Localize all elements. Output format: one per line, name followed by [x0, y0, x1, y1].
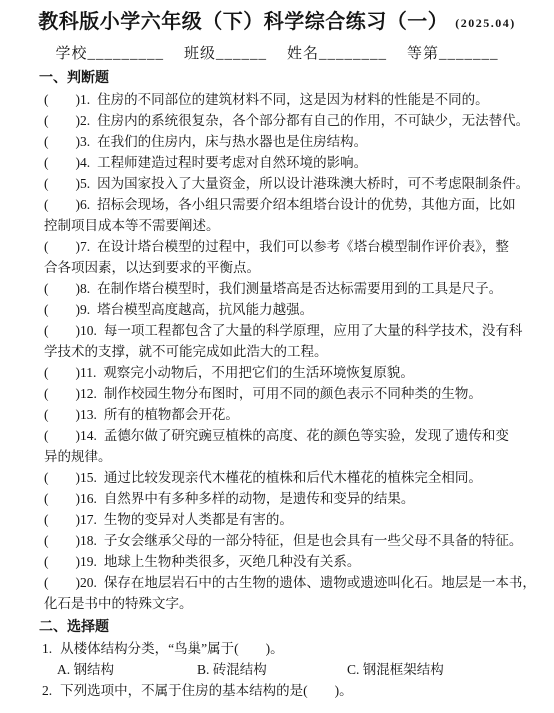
- class-blank: ______: [216, 46, 267, 62]
- question-number: 2.: [42, 683, 52, 698]
- item-text: 塔台模型高度越高，抗风能力越强。: [97, 302, 313, 317]
- judgment-item: ( )19.地球上生物种类很多，灭绝几种没有关系。: [44, 551, 536, 572]
- item-text: 住房内的系统很复杂，各个部分都有自己的作用，不可缺少，无法替代。: [97, 113, 529, 128]
- question-number: 1.: [42, 641, 52, 656]
- page-title: 教科版小学六年级（下）科学综合练习（一）: [38, 11, 448, 33]
- answer-blank: ( ): [44, 197, 80, 212]
- item-text: 地球上生物种类很多，灭绝几种没有关系。: [104, 554, 361, 569]
- judgment-item: ( )13.所有的植物都会开花。: [44, 404, 536, 425]
- judgment-item: ( )20.保存在地层岩石中的古生物的遗体、遗物或遗迹叫化石。地层是一本书， 化…: [44, 572, 536, 614]
- judgment-item: ( )18.子女会继承父母的一部分特征，但是也会具有一些父母不具备的特征。: [44, 530, 536, 551]
- header-field-class: 班级______: [184, 46, 267, 62]
- title-row: 教科版小学六年级（下）科学综合练习（一）(2025.04): [0, 10, 554, 36]
- answer-blank: ( ): [44, 428, 80, 443]
- item-text: 在制作塔台模型时，我们测量塔高是否达标需要用到的工具是尺子。: [97, 281, 502, 296]
- school-blank: _________: [87, 46, 164, 62]
- item-text: 招标会现场，各小组只需要介绍本组塔台设计的优势，其他方面，比如 控制项目成本等不…: [44, 197, 516, 233]
- header-fields: 学校_________班级______姓名________等第_______: [0, 44, 554, 65]
- answer-blank: ( ): [44, 134, 80, 149]
- answer-blank: ( ): [44, 491, 80, 506]
- grade-label: 等第: [407, 46, 439, 62]
- name-label: 姓名: [287, 46, 319, 62]
- item-number: 6.: [80, 197, 90, 212]
- item-text: 每一项工程都包含了大量的科学原理，应用了大量的科学技术，没有科 学技术的支撑，就…: [44, 323, 522, 359]
- item-text: 自然界中有多种多样的动物，是遗传和变异的结果。: [104, 491, 415, 506]
- item-text: 孟德尔做了研究豌豆植株的高度、花的颜色等实验，发现了遗传和变 异的规律。: [44, 428, 509, 464]
- judgment-item: ( )7.在设计塔台模型的过程中，我们可以参考《塔台模型制作评价表》，整 合各项…: [44, 236, 536, 278]
- item-text: 在我们的住房内，床与热水器也是住房结构。: [97, 134, 367, 149]
- item-number: 12.: [80, 386, 97, 401]
- judgment-item: ( )17.生物的变异对人类都是有害的。: [44, 509, 536, 530]
- judgment-item: ( )16.自然界中有多种多样的动物，是遗传和变异的结果。: [44, 488, 536, 509]
- item-text: 保存在地层岩石中的古生物的遗体、遗物或遗迹叫化石。地层是一本书， 化石是书中的特…: [44, 575, 536, 611]
- judgment-item: ( )3.在我们的住房内，床与热水器也是住房结构。: [44, 131, 536, 152]
- header-field-school: 学校_________: [55, 46, 164, 62]
- item-text: 通过比较发现亲代木槿花的植株和后代木槿花的植株完全相同。: [104, 470, 482, 485]
- item-number: 8.: [80, 281, 90, 296]
- item-number: 16.: [80, 491, 97, 506]
- item-number: 3.: [80, 134, 90, 149]
- item-text: 在设计塔台模型的过程中，我们可以参考《塔台模型制作评价表》，整 合各项因素，以达…: [44, 239, 509, 275]
- judgment-item: ( )2.住房内的系统很复杂，各个部分都有自己的作用，不可缺少，无法替代。: [44, 110, 536, 131]
- judgment-item: ( )14.孟德尔做了研究豌豆植株的高度、花的颜色等实验，发现了遗传和变 异的规…: [44, 425, 536, 467]
- answer-blank: ( ): [44, 176, 80, 191]
- answer-blank: ( ): [44, 239, 80, 254]
- choice-question-2: 2.下列选项中，不属于住房的基本结构的是( )。: [42, 680, 536, 701]
- answer-blank: ( ): [44, 92, 80, 107]
- answer-blank: ( ): [44, 323, 80, 338]
- section-heading-judgment: 一、判断题: [39, 68, 536, 89]
- header-field-grade: 等第_______: [407, 46, 499, 62]
- choice-options-row: A. 钢结构B. 砖混结构C. 钢混框架结构: [57, 659, 536, 680]
- judgment-item: ( )1.住房的不同部位的建筑材料不同，这是因为材料的性能是不同的。: [44, 89, 536, 110]
- question-text: 下列选项中，不属于住房的基本结构的是( )。: [60, 683, 353, 698]
- item-text: 子女会继承父母的一部分特征，但是也会具有一些父母不具备的特征。: [104, 533, 523, 548]
- judgment-item: ( )5.因为国家投入了大量资金，所以设计港珠澳大桥时，可不考虑限制条件。: [44, 173, 536, 194]
- name-blank: ________: [319, 46, 387, 62]
- school-label: 学校: [55, 46, 87, 62]
- item-text: 住房的不同部位的建筑材料不同，这是因为材料的性能是不同的。: [97, 92, 489, 107]
- item-text: 生物的变异对人类都是有害的。: [104, 512, 293, 527]
- judgment-item: ( )12.制作校园生物分布图时，可用不同的颜色表示不同种类的生物。: [44, 383, 536, 404]
- choice-option-b: B. 砖混结构: [197, 659, 347, 680]
- class-label: 班级: [184, 46, 216, 62]
- answer-blank: ( ): [44, 365, 80, 380]
- item-number: 20.: [80, 575, 97, 590]
- judgment-items: ( )1.住房的不同部位的建筑材料不同，这是因为材料的性能是不同的。 ( )2.…: [44, 89, 536, 614]
- item-number: 15.: [80, 470, 97, 485]
- choice-option-c: C. 钢混框架结构: [347, 659, 536, 680]
- item-number: 14.: [80, 428, 97, 443]
- answer-blank: ( ): [44, 113, 80, 128]
- answer-blank: ( ): [44, 302, 80, 317]
- answer-blank: ( ): [44, 281, 80, 296]
- item-number: 9.: [80, 302, 90, 317]
- date-label: (2025.04): [455, 16, 516, 30]
- item-number: 13.: [80, 407, 97, 422]
- judgment-item: ( )8.在制作塔台模型时，我们测量塔高是否达标需要用到的工具是尺子。: [44, 278, 536, 299]
- judgment-item: ( )9.塔台模型高度越高，抗风能力越强。: [44, 299, 536, 320]
- choice-section: 1.从楼体结构分类，“鸟巢”属于( )。 A. 钢结构B. 砖混结构C. 钢混框…: [44, 638, 536, 701]
- item-number: 2.: [80, 113, 90, 128]
- choice-question-1: 1.从楼体结构分类，“鸟巢”属于( )。: [42, 638, 536, 659]
- item-number: 1.: [80, 92, 90, 107]
- item-number: 10.: [80, 323, 97, 338]
- judgment-item: ( )6.招标会现场，各小组只需要介绍本组塔台设计的优势，其他方面，比如 控制项…: [44, 194, 536, 236]
- worksheet-page: 教科版小学六年级（下）科学综合练习（一）(2025.04) 学校________…: [0, 0, 554, 713]
- answer-blank: ( ): [44, 407, 80, 422]
- judgment-item: ( )15.通过比较发现亲代木槿花的植株和后代木槿花的植株完全相同。: [44, 467, 536, 488]
- answer-blank: ( ): [44, 386, 80, 401]
- judgment-item: ( )10.每一项工程都包含了大量的科学原理，应用了大量的科学技术，没有科 学技…: [44, 320, 536, 362]
- judgment-item: ( )4.工程师建造过程时要考虑对自然环境的影响。: [44, 152, 536, 173]
- answer-blank: ( ): [44, 533, 80, 548]
- judgment-item: ( )11.观察完小动物后，不用把它们的生活环境恢复原貌。: [44, 362, 536, 383]
- item-number: 17.: [80, 512, 97, 527]
- answer-blank: ( ): [44, 155, 80, 170]
- item-text: 制作校园生物分布图时，可用不同的颜色表示不同种类的生物。: [104, 386, 482, 401]
- answer-blank: ( ): [44, 470, 80, 485]
- item-text: 因为国家投入了大量资金，所以设计港珠澳大桥时，可不考虑限制条件。: [97, 176, 529, 191]
- header-field-name: 姓名________: [287, 46, 387, 62]
- item-number: 18.: [80, 533, 97, 548]
- answer-blank: ( ): [44, 554, 80, 569]
- answer-blank: ( ): [44, 512, 80, 527]
- section-heading-choice: 二、选择题: [39, 617, 536, 638]
- item-number: 19.: [80, 554, 97, 569]
- item-text: 工程师建造过程时要考虑对自然环境的影响。: [97, 155, 367, 170]
- choice-option-a: A. 钢结构: [57, 659, 197, 680]
- item-text: 所有的植物都会开花。: [104, 407, 239, 422]
- item-number: 11.: [80, 365, 96, 380]
- answer-blank: ( ): [44, 575, 80, 590]
- question-text: 从楼体结构分类，“鸟巢”属于( )。: [60, 641, 283, 656]
- item-number: 5.: [80, 176, 90, 191]
- grade-blank: _______: [439, 46, 499, 62]
- item-text: 观察完小动物后，不用把它们的生活环境恢复原貌。: [103, 365, 414, 380]
- item-number: 4.: [80, 155, 90, 170]
- item-number: 7.: [80, 239, 90, 254]
